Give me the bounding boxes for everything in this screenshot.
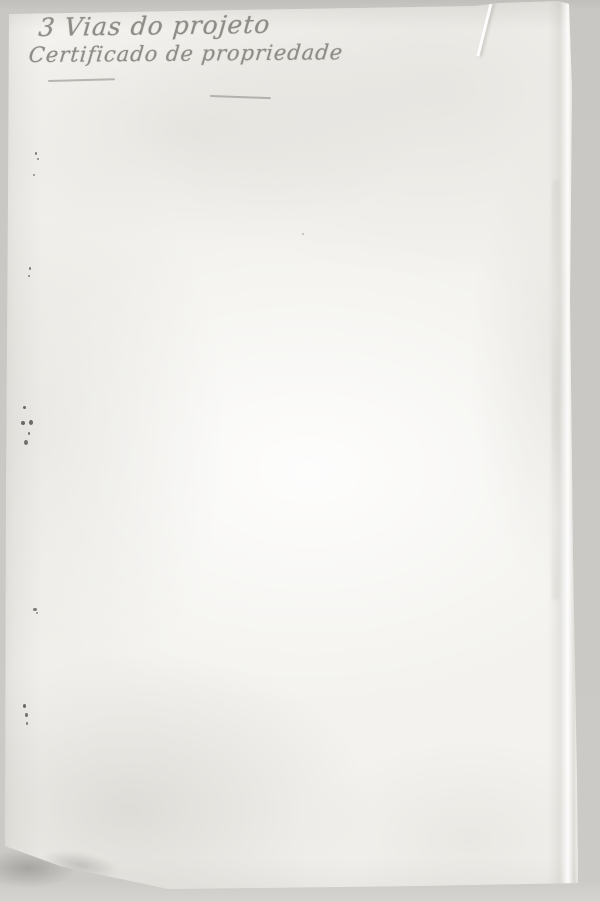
- ink-speck: [36, 612, 38, 614]
- ink-speck: [33, 608, 37, 611]
- ink-speck: [21, 421, 25, 425]
- ink-speck: [28, 432, 30, 435]
- pencil-underline-right: [210, 95, 271, 99]
- ink-speck: [26, 722, 28, 725]
- document-scan: 3 Vias do projeto Certificado de proprie…: [0, 0, 600, 902]
- ink-speck: [23, 704, 26, 708]
- ink-speck: [35, 152, 37, 155]
- handwriting-line-2: Certificado de propriedade: [28, 40, 345, 67]
- ink-speck: [25, 713, 28, 717]
- ink-speck: [28, 275, 30, 277]
- paper-sheet: 3 Vias do projeto Certificado de proprie…: [0, 0, 600, 902]
- ink-speck: [29, 420, 33, 425]
- paper-crease-right-edge: [552, 180, 560, 600]
- ink-speck: [37, 158, 39, 160]
- pencil-underline-left: [48, 78, 115, 82]
- ink-speck: [33, 174, 35, 176]
- ink-speck: [302, 233, 304, 235]
- ink-speck: [23, 406, 26, 409]
- paper-smudge-bottom-left: [38, 845, 121, 884]
- paper-fold-crease-top-right: [476, 2, 492, 56]
- handwriting-line-1: 3 Vias do projeto: [37, 10, 271, 42]
- ink-speck: [24, 440, 28, 445]
- ink-speck: [29, 267, 31, 270]
